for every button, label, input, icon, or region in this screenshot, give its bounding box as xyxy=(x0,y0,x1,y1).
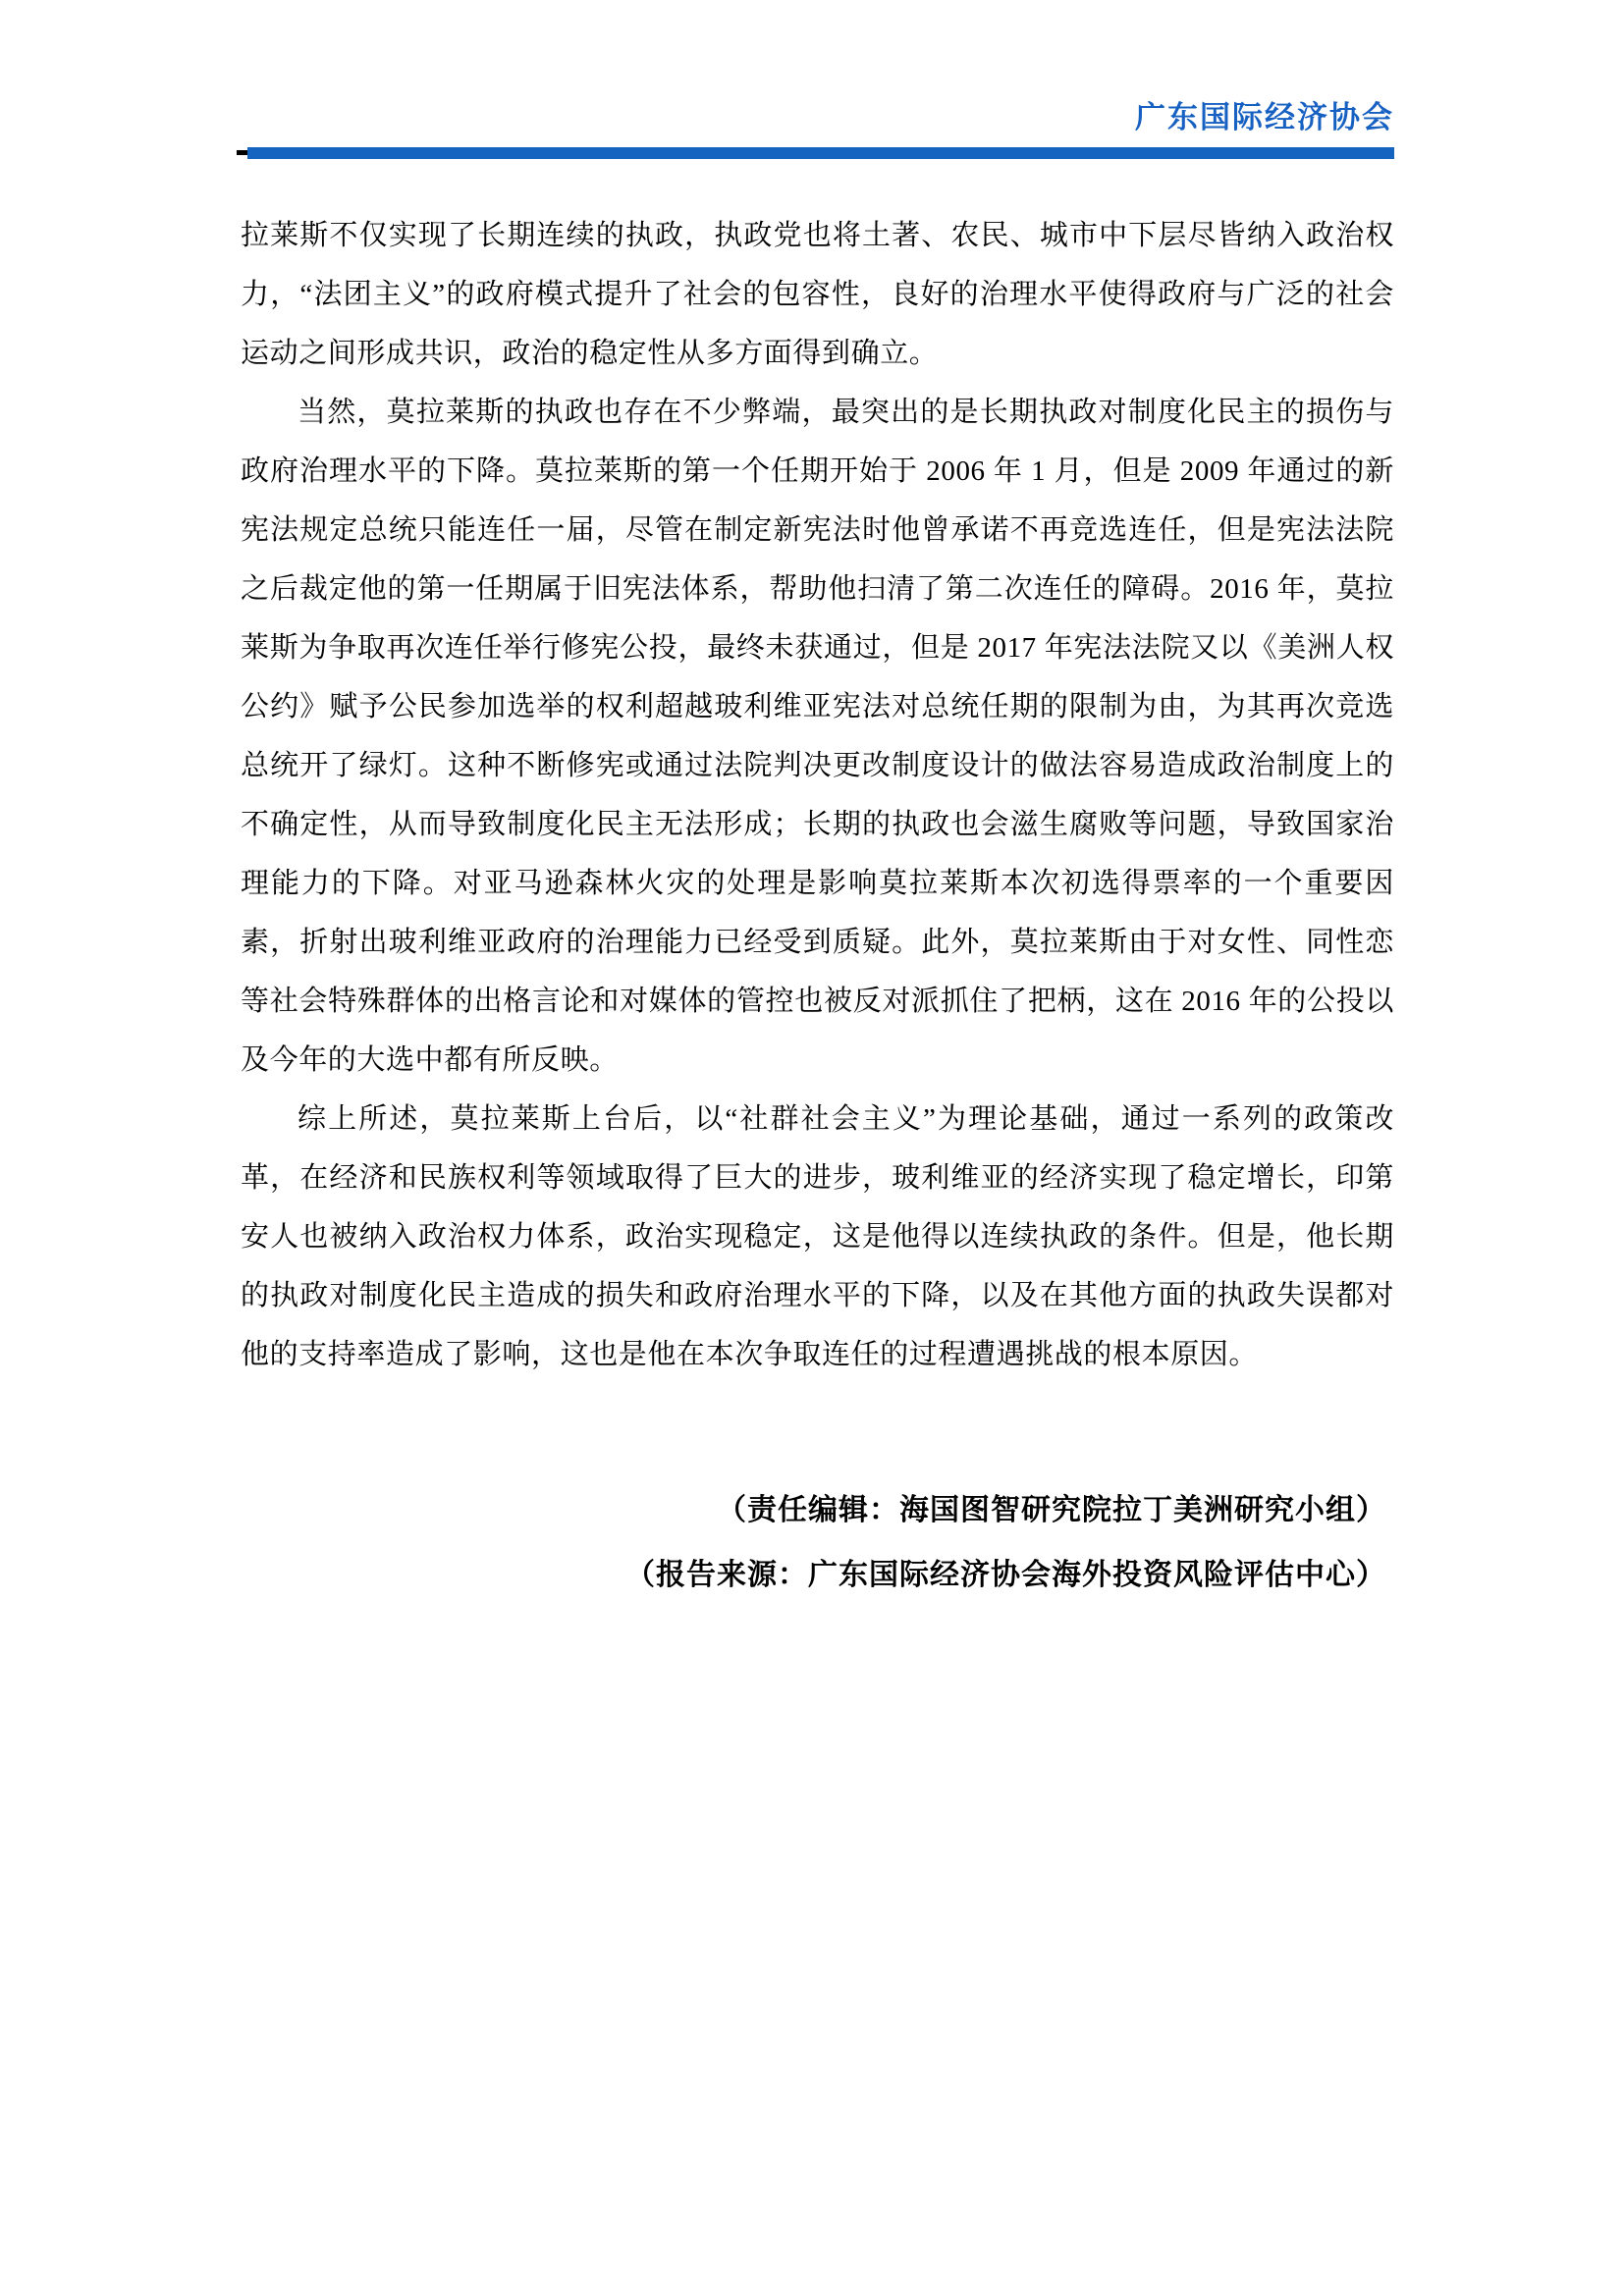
editor-credit-line: （责任编辑：海国图智研究院拉丁美洲研究小组） xyxy=(241,1478,1386,1543)
report-source-line: （报告来源：广东国际经济协会海外投资风险评估中心） xyxy=(241,1543,1386,1608)
org-title: 广东国际经济协会 xyxy=(241,98,1394,137)
document-page: 广东国际经济协会 拉莱斯不仅实现了长期连续的执政，执政党也将土著、农民、城市中下… xyxy=(0,0,1624,2296)
body-paragraph-2: 当然，莫拉莱斯的执政也存在不少弊端，最突出的是长期执政对制度化民主的损伤与政府治… xyxy=(241,383,1394,1090)
page-header: 广东国际经济协会 xyxy=(241,0,1394,159)
header-rule xyxy=(247,147,1394,159)
body-paragraph-1: 拉莱斯不仅实现了长期连续的执政，执政党也将土著、农民、城市中下层尽皆纳入政治权力… xyxy=(241,206,1394,383)
body-paragraph-3: 综上所述，莫拉莱斯上台后，以“社群社会主义”为理论基础，通过一系列的政策改革，在… xyxy=(241,1090,1394,1384)
document-body: 拉莱斯不仅实现了长期连续的执政，执政党也将土著、农民、城市中下层尽皆纳入政治权力… xyxy=(241,206,1394,1384)
rule-left-dash xyxy=(237,150,247,155)
header-rule-wrap xyxy=(241,147,1394,159)
document-footer: （责任编辑：海国图智研究院拉丁美洲研究小组） （报告来源：广东国际经济协会海外投… xyxy=(241,1478,1394,1608)
